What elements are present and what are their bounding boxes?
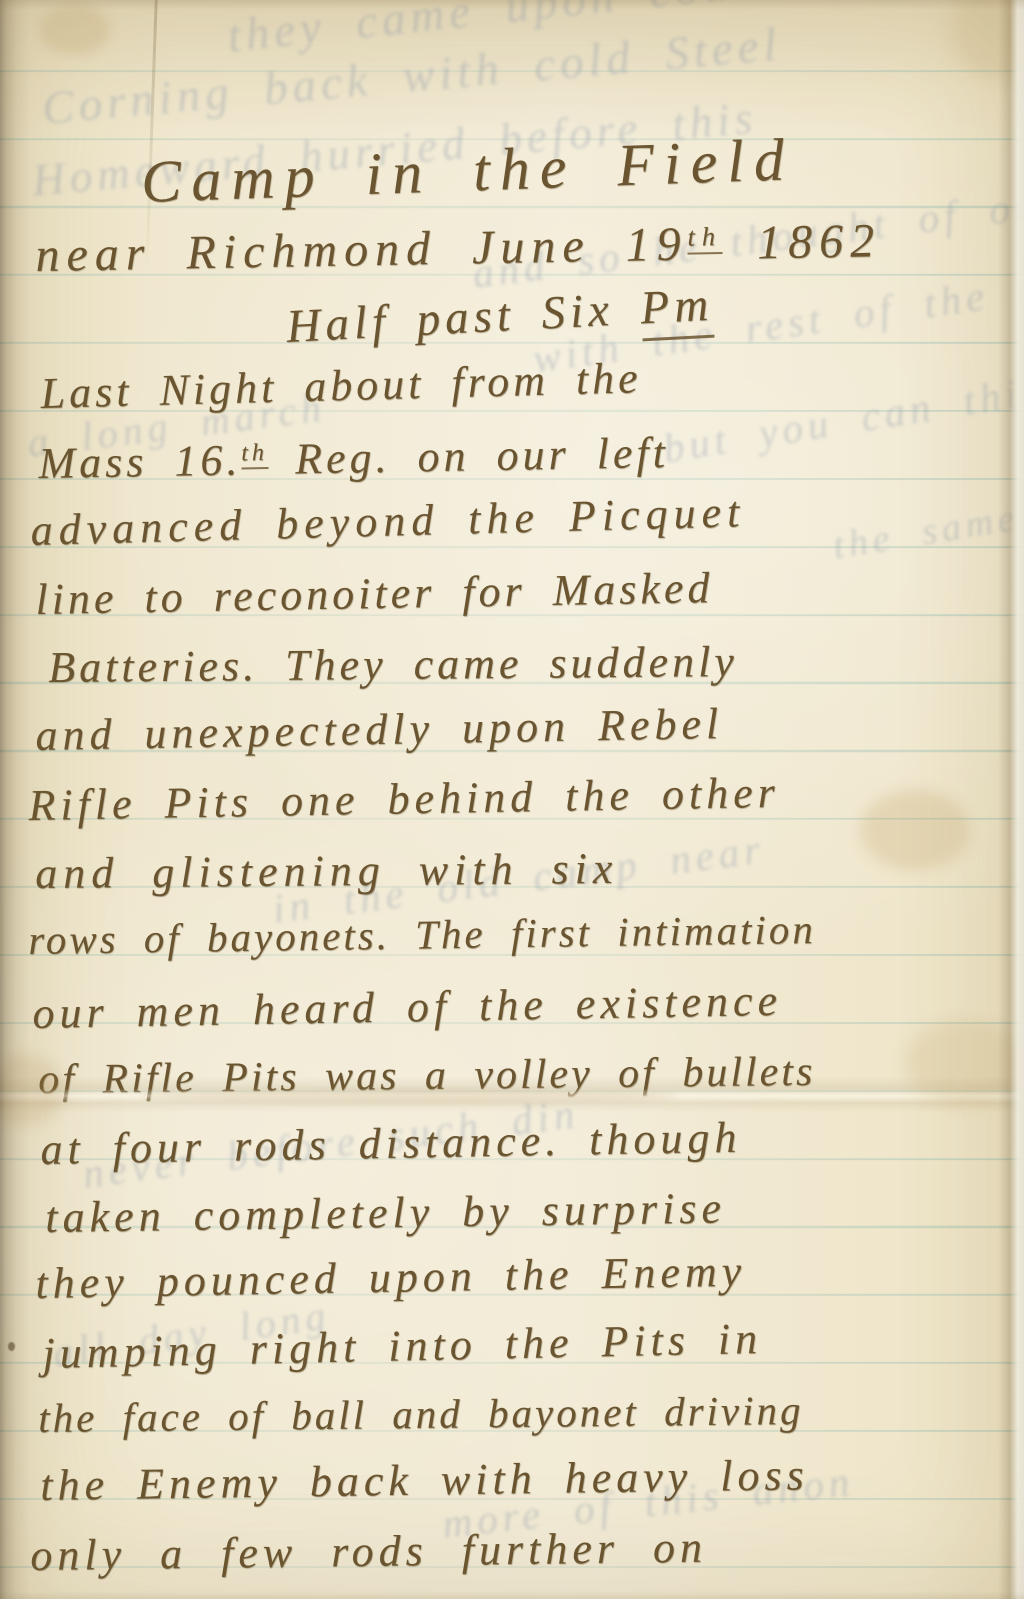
body-line: and glistening with six	[35, 843, 619, 899]
letter-page: they came upon counting up Corning back …	[0, 0, 1024, 1599]
regiment-ordinal: th	[241, 439, 268, 469]
dateline-place: near Richmond June 19	[35, 218, 688, 282]
body-line: taken completely by surprise	[45, 1182, 726, 1242]
body-line: the Enemy back with heavy loss	[40, 1449, 809, 1511]
body-line: the face of ball and bayonet driving	[38, 1386, 804, 1442]
body-line: only a few rods further on	[30, 1522, 707, 1581]
body-line: of Rifle Pits was a volley of bullets	[38, 1048, 816, 1104]
body-line: Batteries. They came suddenly	[48, 636, 738, 693]
regiment-prefix: Mass 16.	[38, 435, 242, 488]
timeline-meridiem: Pm	[639, 279, 715, 342]
dateline-year: 1862	[722, 214, 882, 270]
regiment-suffix: Reg. on our left	[268, 428, 670, 484]
dateline-ordinal: th	[687, 221, 722, 255]
